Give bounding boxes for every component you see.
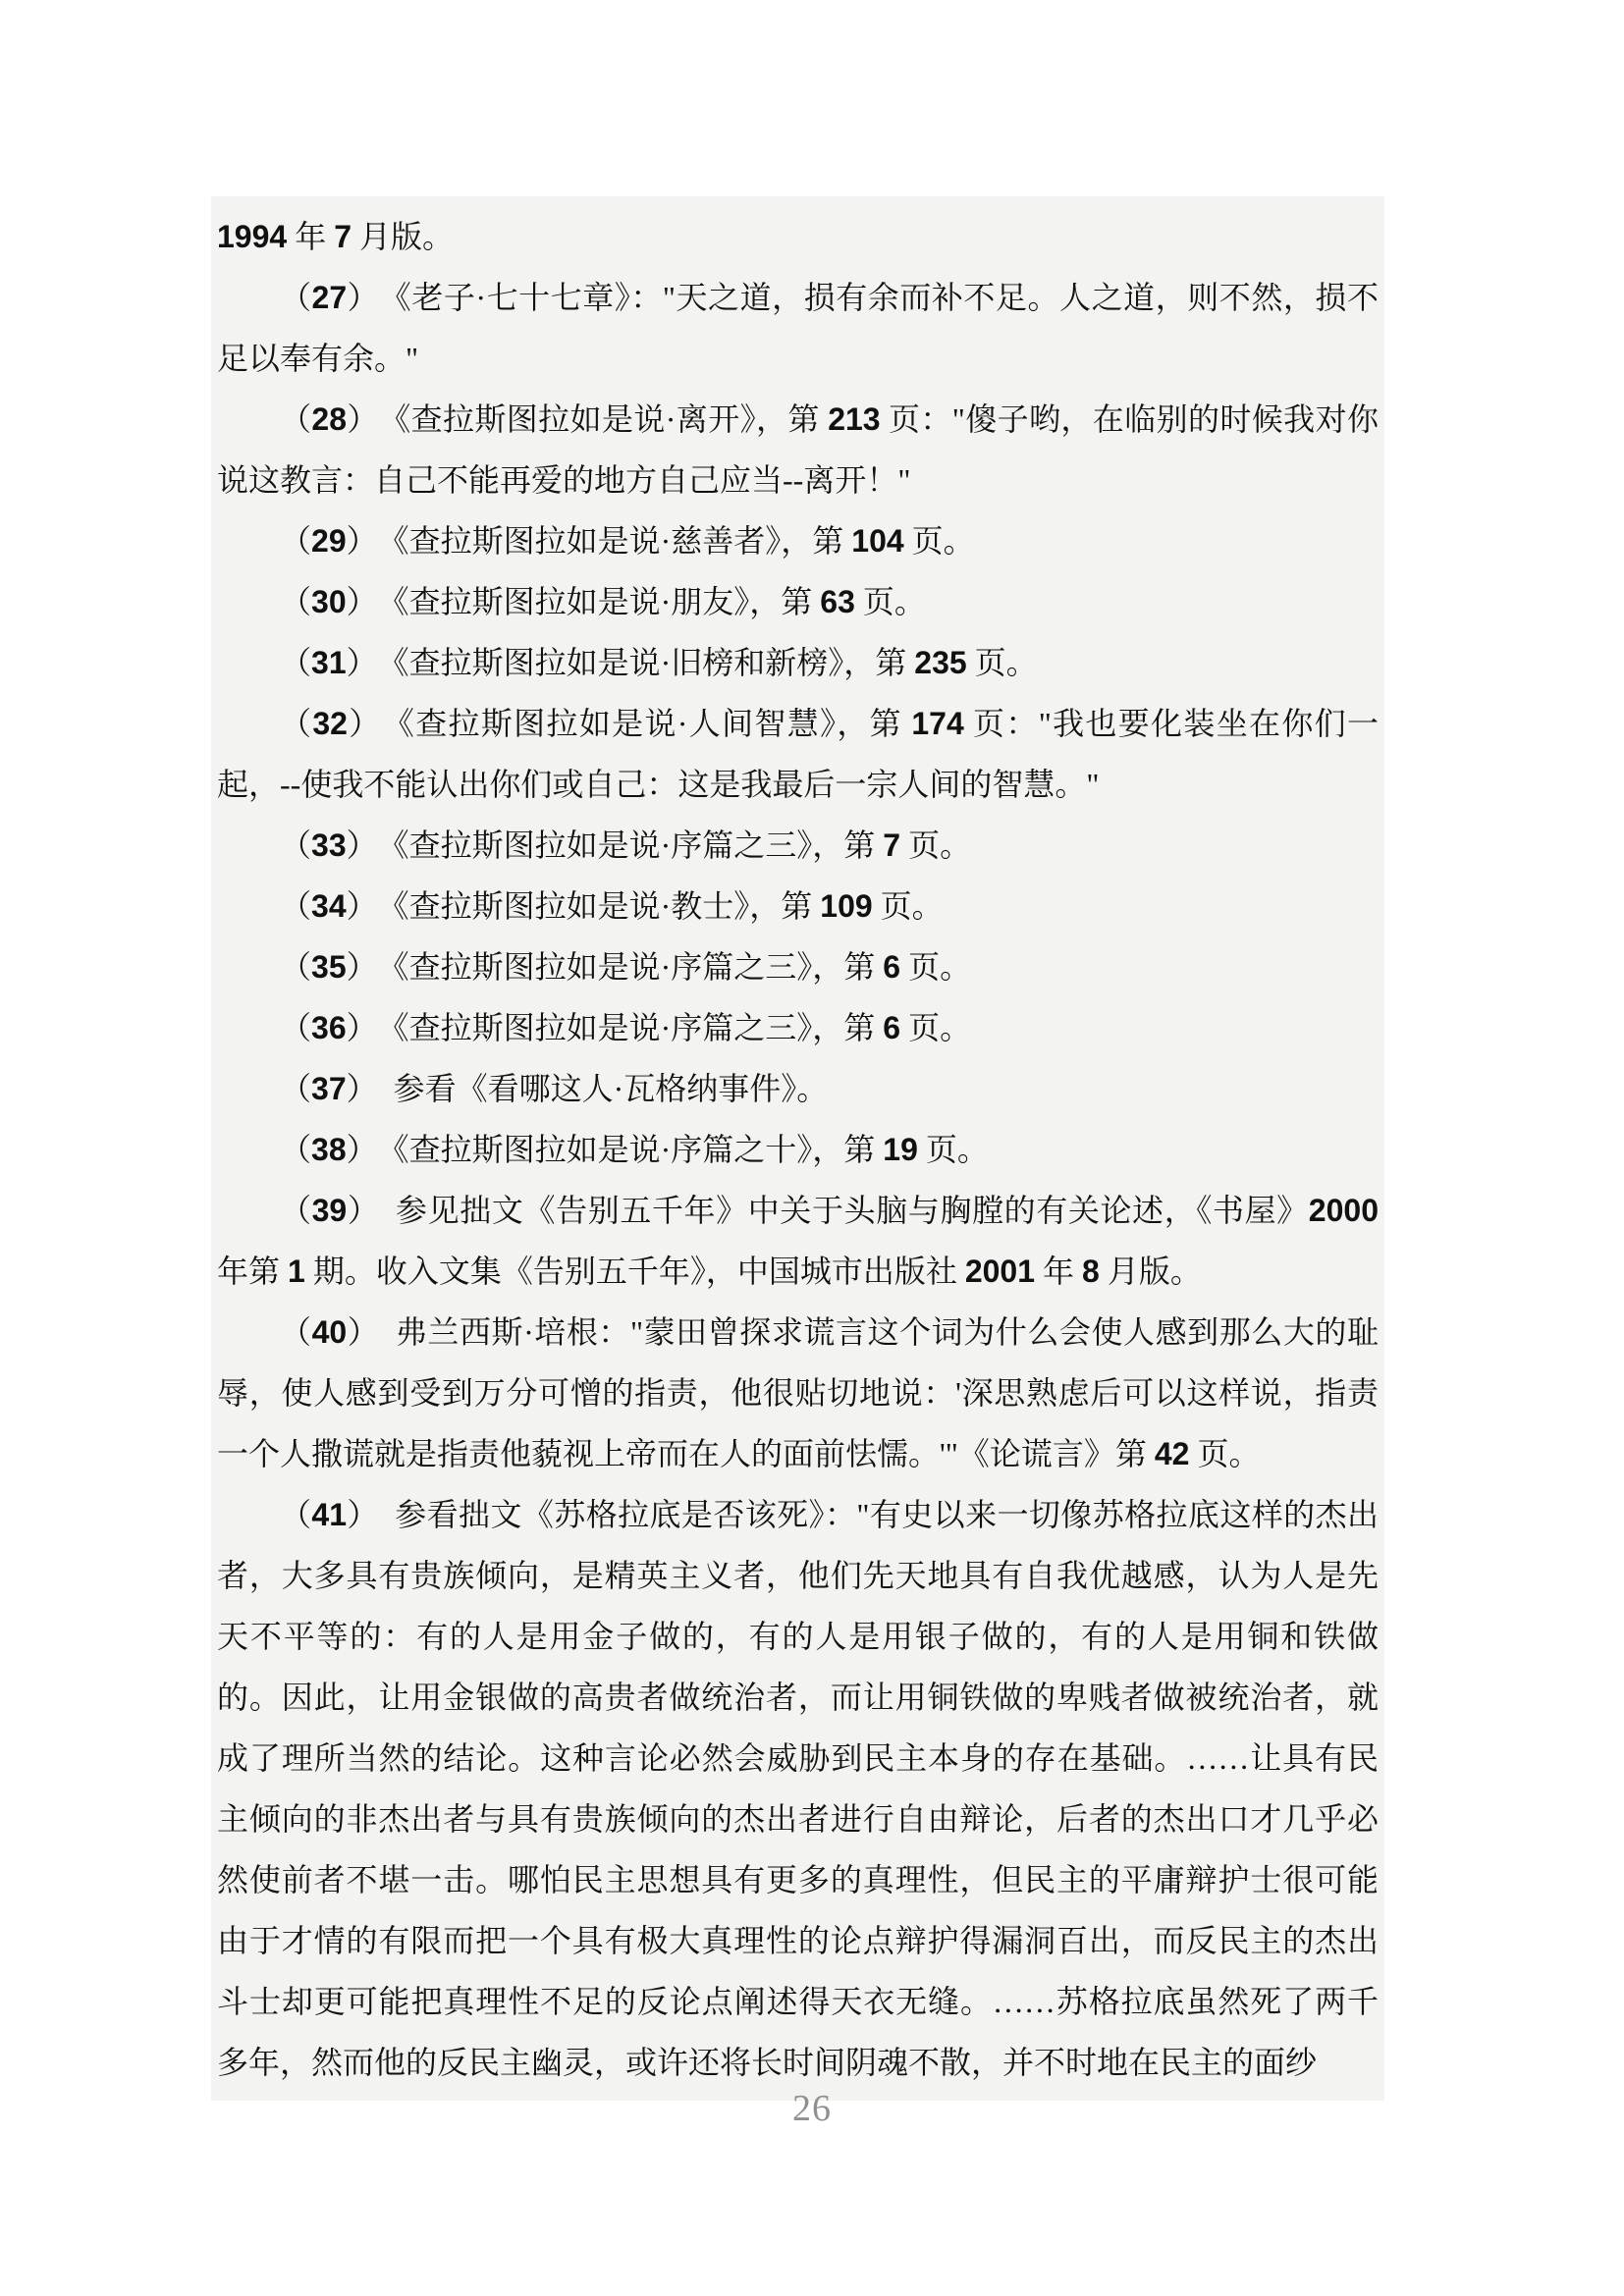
footnote-30: （30） 《查拉斯图拉如是说·朋友》，第 63 页。 <box>217 571 1379 632</box>
footnote-40: （40） 弗兰西斯·培根："蒙田曾探求谎言这个词为什么会使人感到那么大的耻辱，使… <box>217 1302 1379 1484</box>
footnote-31: （31） 《查拉斯图拉如是说·旧榜和新榜》，第 235 页。 <box>217 632 1379 693</box>
footnote-34: （34） 《查拉斯图拉如是说·教士》，第 109 页。 <box>217 876 1379 936</box>
footnote-35: （35） 《查拉斯图拉如是说·序篇之三》，第 6 页。 <box>217 936 1379 997</box>
footnote-32: （32） 《查拉斯图拉如是说·人间智慧》，第 174 页："我也要化装坐在你们一… <box>217 693 1379 815</box>
page-number: 26 <box>0 2087 1624 2130</box>
footnote-39: （39） 参见拙文《告别五千年》中关于头脑与胸膛的有关论述，《书屋》2000 年… <box>217 1180 1379 1302</box>
footnote-38: （38） 《查拉斯图拉如是说·序篇之十》，第 19 页。 <box>217 1119 1379 1180</box>
paragraph-continuation: 1994 年 7 月版。 <box>217 206 1379 267</box>
document-page: 1994 年 7 月版。 （27） 《老子·七十七章》："天之道，损有余而补不足… <box>0 0 1624 2296</box>
footnote-33: （33） 《查拉斯图拉如是说·序篇之三》，第 7 页。 <box>217 815 1379 876</box>
footnote-27: （27） 《老子·七十七章》："天之道，损有余而补不足。人之道，则不然，损不足以… <box>217 267 1379 389</box>
footnote-37: （37） 参看《看哪这人·瓦格纳事件》。 <box>217 1058 1379 1119</box>
footnote-36: （36） 《查拉斯图拉如是说·序篇之三》，第 6 页。 <box>217 997 1379 1058</box>
footnote-29: （29） 《查拉斯图拉如是说·慈善者》，第 104 页。 <box>217 510 1379 571</box>
footnote-28: （28） 《查拉斯图拉如是说·离开》，第 213 页："傻子哟，在临别的时候我对… <box>217 389 1379 510</box>
footnote-41: （41） 参看拙文《苏格拉底是否该死》："有史以来一切像苏格拉底这样的杰出者，大… <box>217 1484 1379 2093</box>
footnotes-text-block: 1994 年 7 月版。 （27） 《老子·七十七章》："天之道，损有余而补不足… <box>211 196 1384 2101</box>
